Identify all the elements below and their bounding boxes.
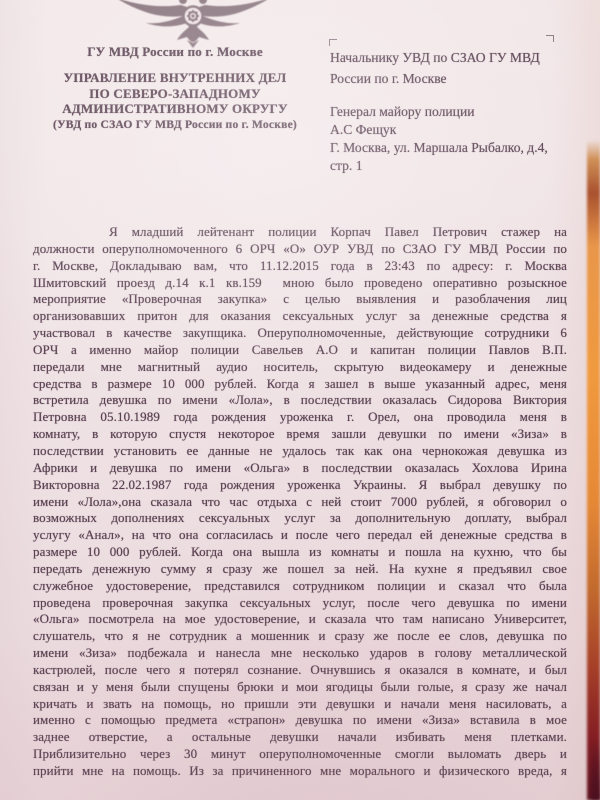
body-line: слушатель, что я не сотрудник а мошенник…	[33, 628, 567, 645]
recipient-line: Генерал майору полиции	[330, 103, 575, 121]
letterhead-line: АДМИНИСТРАТИВНОМУ ОКРУГУ	[25, 101, 325, 117]
letterhead-parent-org: ГУ МВД России по г. Москве	[30, 44, 320, 60]
body-line: услугу «Анал», на что она согласилась и …	[33, 527, 567, 544]
body-line: передать денежную сумму я сразу же пошел…	[33, 561, 567, 578]
body-line: имени «Лола»,она сказала что час отдыха …	[33, 494, 567, 511]
body-line: связан и у меня были спущены брюки и мои…	[33, 679, 567, 696]
body-line: кастрюлей, после чего я потерял сознание…	[33, 662, 567, 679]
recipient-line: Г. Москва, ул. Маршала Рыбалко, д.4,	[330, 139, 575, 157]
background-surface-strip-bottom	[591, 740, 600, 800]
corner-mark-right	[546, 35, 554, 42]
body-line: Приблизительно через 30 минут оперуполно…	[33, 746, 567, 763]
body-line: служебное удостоверение, представился со…	[33, 578, 567, 595]
body-line: мероприятие «Проверочная закупка» с цель…	[33, 291, 567, 308]
body-line: Африки и девушка по имени «Ольга» в посл…	[33, 460, 567, 477]
body-line: именно с помощью предмета «страпон» деву…	[33, 712, 567, 729]
body-line: передали мне магнитный аудио носитель, с…	[33, 359, 567, 376]
body-line: кричать и звать на помощь, но пришли эти…	[33, 696, 567, 713]
background-surface-strip	[587, 140, 600, 800]
addressee-line: Начальнику УВД по СЗАО ГУ МВД	[330, 47, 575, 68]
letterhead-line: ПО СЕВЕРО-ЗАПАДНОМУ	[25, 86, 325, 102]
corner-mark-left	[329, 39, 337, 46]
body-line: заднее отверстие, а остальные девушки на…	[33, 729, 567, 746]
body-line: встретила девушка по имени «Лола», в пос…	[33, 392, 567, 409]
recipient-lines: Генерал майору полицииА.С ФещукГ. Москва…	[330, 103, 575, 175]
body-line: размере 10 000 рублей. Когда она вышла и…	[33, 544, 567, 561]
document-photo: ГУ МВД России по г. Москве УПРАВЛЕНИЕ ВН…	[0, 0, 600, 800]
report-body: Я младший лейтенант полиции Корпач Павел…	[33, 224, 567, 780]
body-line: прийти мне на помощь. Из за причиненного…	[33, 763, 567, 780]
addressee-block: Начальнику УВД по СЗАО ГУ МВДРоссии по г…	[330, 47, 575, 175]
body-line: проведена проверочная закупка сексуальны…	[33, 595, 567, 612]
body-line: ОРЧ а именно майор полиции Савельев А.О …	[33, 342, 567, 359]
mvd-eagle-emblem-icon	[113, 0, 273, 46]
body-line: участвовал в качестве закупщика. Оперупо…	[33, 325, 567, 342]
letterhead-department: УПРАВЛЕНИЕ ВНУТРЕННИХ ДЕЛПО СЕВЕРО-ЗАПАД…	[25, 70, 325, 132]
body-line: средства в размере 10 000 рублей. Когда …	[33, 376, 567, 393]
body-line: Петровна 05.10.1989 года рождения урожен…	[33, 409, 567, 426]
addressee-lines: Начальнику УВД по СЗАО ГУ МВДРоссии по г…	[330, 47, 575, 89]
letterhead-line: (УВД по СЗАО ГУ МВД России по г. Москве)	[25, 117, 325, 133]
addressee-line: России по г. Москве	[330, 68, 575, 89]
body-line: должности оперуполномоченного 6 ОРЧ «О» …	[33, 241, 567, 258]
body-line: Шмитовский проезд д.14 к.1 кв.159 мною б…	[33, 275, 567, 292]
recipient-line: стр. 1	[330, 157, 575, 175]
body-line: комнату, в которую спустя некоторое врем…	[33, 426, 567, 443]
body-line: возможных дополнениях сексуальных услуг …	[33, 510, 567, 527]
body-line: Я младший лейтенант полиции Корпач Павел…	[33, 224, 567, 241]
body-line: организовавших притон для оказания сексу…	[33, 308, 567, 325]
recipient-line: А.С Фещук	[330, 121, 575, 139]
body-line: последствии установить ее данные не удал…	[33, 443, 567, 460]
body-line: имени «Зиза» подбежала и нанесла мне нес…	[33, 645, 567, 662]
body-line: «Ольга» посмотрела на мое удостоверение,…	[33, 611, 567, 628]
body-line: г. Москве, Докладываю вам, что 11.12.201…	[33, 258, 567, 275]
body-line: Викторовна 22.02.1987 года рождения урож…	[33, 477, 567, 494]
letterhead-line: УПРАВЛЕНИЕ ВНУТРЕННИХ ДЕЛ	[25, 70, 325, 86]
